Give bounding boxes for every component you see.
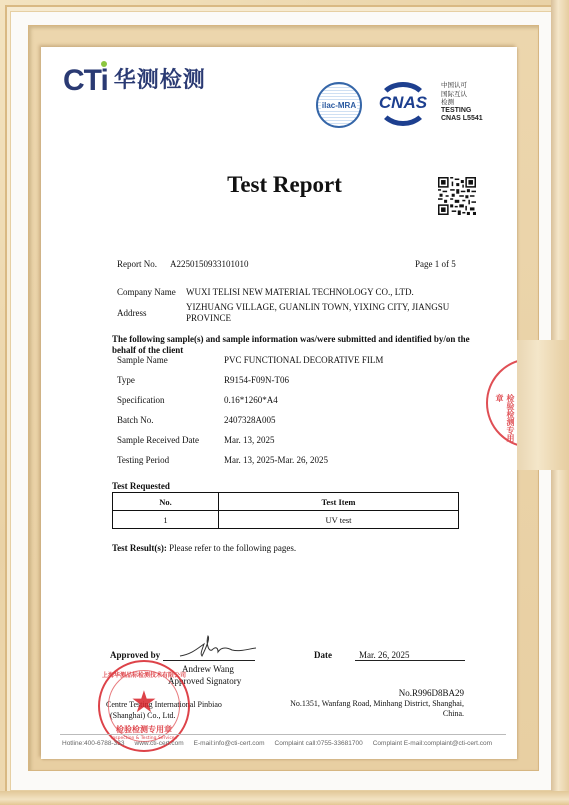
received-date-label: Sample Received Date: [117, 435, 199, 445]
logo-dot-icon: [101, 61, 107, 67]
report-no-value: A2250150933101010: [170, 259, 249, 269]
signature-line: [163, 660, 255, 661]
date-line: [355, 660, 465, 661]
seal-ring-text: 上海华测品标检测技术有限公司: [100, 670, 188, 679]
table-header-row: No. Test Item: [113, 493, 459, 511]
date-value: Mar. 26, 2025: [359, 650, 410, 660]
frame-right-molding: [517, 340, 569, 470]
page-indicator: Page 1 of 5: [415, 259, 456, 269]
cell-test-item: UV test: [219, 511, 459, 529]
testing-period-label: Testing Period: [117, 455, 169, 465]
cnas-logo: CNAS: [373, 82, 433, 126]
address-label: Address: [117, 308, 147, 318]
test-requested-table: No. Test Item 1 UV test: [112, 492, 459, 529]
column-header-no: No.: [113, 493, 219, 511]
testing-period-value: Mar. 13, 2025-Mar. 26, 2025: [224, 455, 328, 465]
type-label: Type: [117, 375, 135, 385]
footer-complaint-call: Complaint call:0755-33681700: [275, 740, 363, 747]
approved-by-label: Approved by: [110, 650, 160, 660]
signature-icon: [178, 634, 258, 660]
official-seal: 上海华测品标检测技术有限公司 ★ 检验检测专用章 Inspection & Te…: [98, 660, 190, 752]
type-value: R9154-F09N-T06: [224, 375, 289, 385]
company-value: WUXI TELISI NEW MATERIAL TECHNOLOGY CO.,…: [186, 287, 414, 297]
sample-intro-line-1: The following sample(s) and sample infor…: [112, 334, 470, 344]
footer-divider: [60, 734, 506, 735]
column-header-test-item: Test Item: [219, 493, 459, 511]
batch-no-value: 2407328A005: [224, 415, 276, 425]
cti-logo: CTi 华测检测: [63, 66, 206, 96]
address-line-1: YIZHUANG VILLAGE, GUANLIN TOWN, YIXING C…: [186, 302, 449, 312]
cell-no: 1: [113, 511, 219, 529]
sample-intro-line-2: behalf of the client: [112, 345, 183, 355]
qr-code-icon[interactable]: [438, 177, 476, 215]
doc-number: No.R996D8BA29: [399, 688, 464, 698]
star-icon: ★: [100, 688, 188, 718]
test-requested-heading: Test Requested: [112, 481, 170, 491]
ilac-mra-logo: ilac-MRA: [316, 82, 362, 128]
page-footer: Hotline:400-6788-333 www.cti-cert.com E-…: [62, 740, 492, 747]
specification-label: Specification: [117, 395, 164, 405]
address-line-2: PROVINCE: [186, 313, 231, 323]
logo-brand: CTi: [63, 66, 108, 96]
page-title: Test Report: [0, 172, 569, 198]
footer-complaint-email[interactable]: Complaint E-mail:complaint@cti-cert.com: [373, 740, 492, 747]
table-row: 1 UV test: [113, 511, 459, 529]
report-no-label: Report No.: [117, 259, 157, 269]
specification-value: 0.16*1260*A4: [224, 395, 278, 405]
received-date-value: Mar. 13, 2025: [224, 435, 275, 445]
company-label: Company Name: [117, 287, 176, 297]
frame-bottom-edge: [0, 791, 569, 805]
signatory-name: Andrew Wang: [182, 664, 234, 674]
sample-name-value: PVC FUNCTIONAL DECORATIVE FILM: [224, 355, 383, 365]
lab-address-line-2: China.: [443, 709, 464, 718]
lab-address-line-1: No.1351, Wanfang Road, Minhang District,…: [290, 699, 464, 708]
batch-no-label: Batch No.: [117, 415, 154, 425]
footer-email[interactable]: E-mail:info@cti-cert.com: [194, 740, 265, 747]
cnas-accreditation-text: 中国认可 国际互认 检测 TESTING CNAS L5541: [441, 81, 483, 124]
logo-chinese: 华测检测: [114, 66, 206, 96]
date-label: Date: [314, 650, 332, 660]
test-results: Test Result(s): Please refer to the foll…: [112, 543, 296, 553]
footer-hotline: Hotline:400-6788-333: [62, 740, 125, 747]
footer-website[interactable]: www.cti-cert.com: [135, 740, 184, 747]
sample-name-label: Sample Name: [117, 355, 168, 365]
